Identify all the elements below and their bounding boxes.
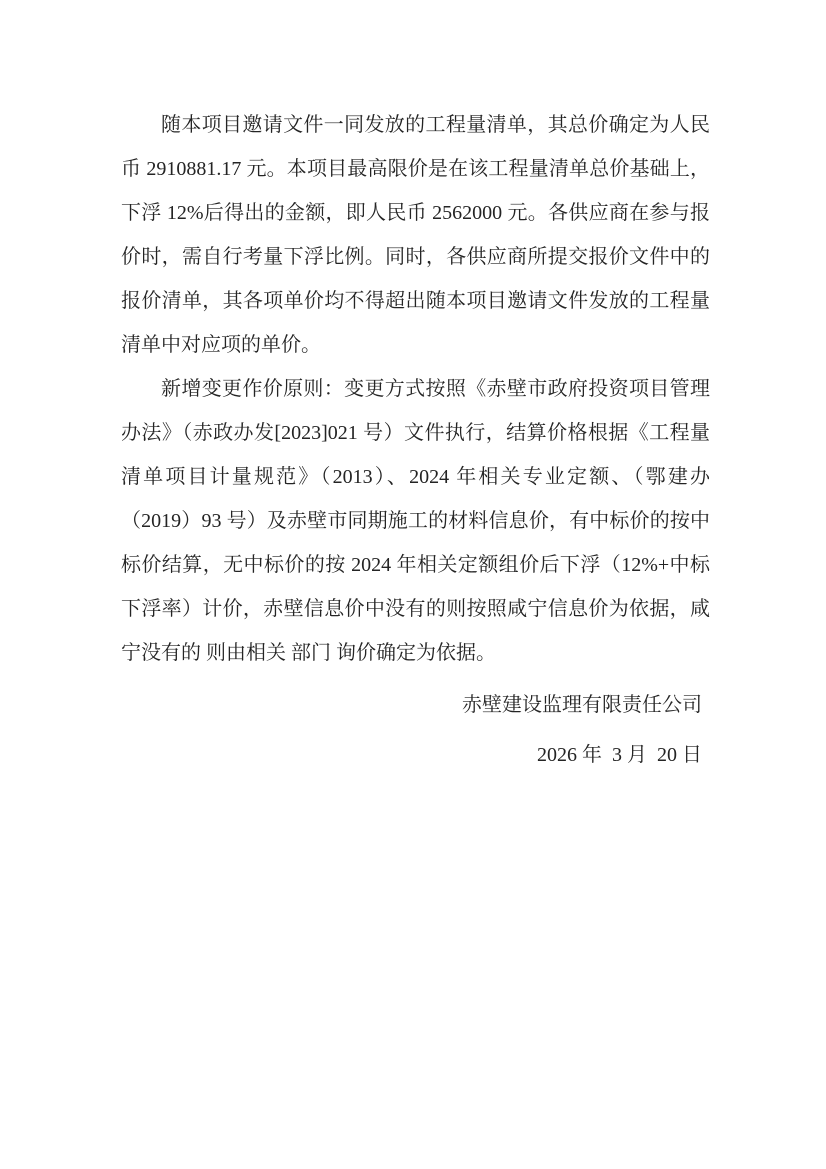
document-body: 随本项目邀请文件一同发放的工程量清单，其总价确定为人民币 2910881.17 … <box>121 103 710 777</box>
signature-date: 2026 年 3 月 20 日 <box>121 733 702 777</box>
signature-company: 赤壁建设监理有限责任公司 <box>121 683 702 727</box>
document-page: 随本项目邀请文件一同发放的工程量清单，其总价确定为人民币 2910881.17 … <box>0 0 826 1169</box>
paragraph-max-price-clause: 随本项目邀请文件一同发放的工程量清单，其总价确定为人民币 2910881.17 … <box>121 103 710 367</box>
signature-block: 赤壁建设监理有限责任公司 2026 年 3 月 20 日 <box>121 683 710 777</box>
paragraph-change-pricing-clause: 新增变更作价原则：变更方式按照《赤壁市政府投资项目管理办法》（赤政办发[2023… <box>121 367 710 675</box>
